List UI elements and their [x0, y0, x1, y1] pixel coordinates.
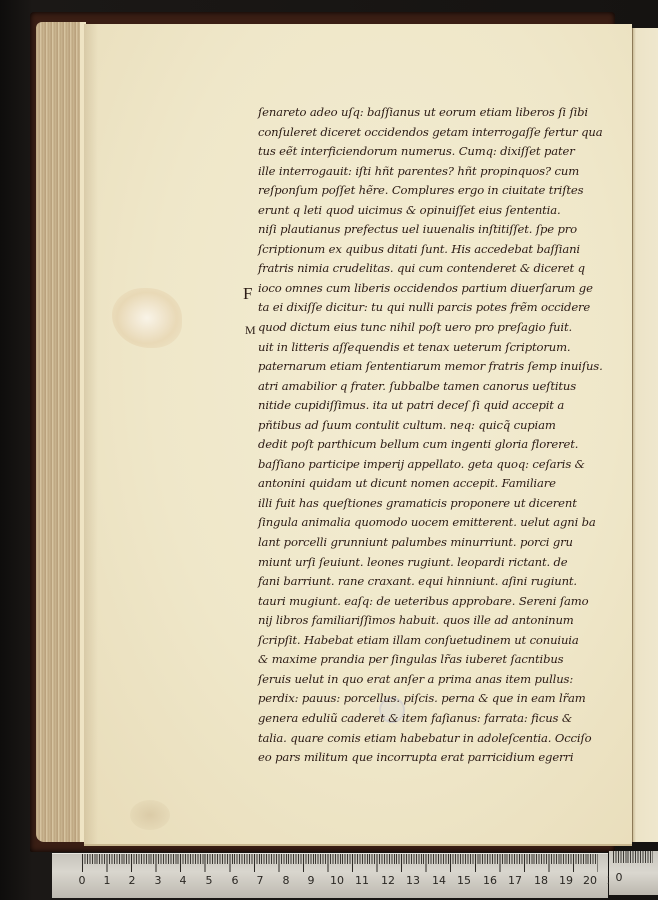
- text-line: fratris nimia crudelitas. qui cum conten…: [258, 259, 576, 279]
- text-line: tauri mugiunt. eaſq: de ueteribus approb…: [258, 592, 576, 612]
- text-line: ſenareto adeo uſq: baſſianus ut eorum et…: [258, 103, 576, 123]
- text-line: quod dictum eius tunc nihil poſt uero pr…: [258, 318, 576, 338]
- ruler-label: 6: [232, 874, 239, 887]
- ruler-label: 11: [355, 874, 369, 887]
- text-line: reſponſum poſſet hẽre. Complures ergo in…: [258, 181, 576, 201]
- text-line: baſſiano participe imperij appellato. ge…: [258, 455, 576, 475]
- text-line: eo pars militum que incorrupta erat parr…: [258, 748, 576, 768]
- ruler-label: 5: [206, 874, 213, 887]
- ruler-major-ticks: [82, 854, 598, 872]
- text-line: talia. quare comis etiam habebatur in ad…: [258, 729, 576, 749]
- ruler-label: 14: [432, 874, 446, 887]
- ruler-label: 17: [508, 874, 522, 887]
- ruler-label: 4: [180, 874, 187, 887]
- text-line: paternarum etiam ſententiarum memor frat…: [258, 357, 576, 377]
- text-line: illi fuit has queſtiones gramaticis prop…: [258, 494, 576, 514]
- ruler-label: 15: [457, 874, 471, 887]
- text-line: niſi plautianus prefectus uel iuuenalis …: [258, 220, 576, 240]
- text-line: ſeruis uelut in quo erat anſer a prima a…: [258, 670, 576, 690]
- text-block: ſenareto adeo uſq: baſſianus ut eorum et…: [258, 103, 576, 768]
- ruler-label: 16: [483, 874, 497, 887]
- ruler-label: 3: [155, 874, 162, 887]
- text-line: antonini quidam ut dicunt nomen accepit.…: [258, 474, 576, 494]
- marginal-initial-f: F: [243, 284, 252, 304]
- next-leaf-edge: [632, 28, 658, 842]
- ruler-label: 7: [257, 874, 264, 887]
- text-line: & maxime prandia per ſingulas lr̃as iube…: [258, 650, 576, 670]
- text-line: lant porcelli grunniunt palumbes minurri…: [258, 533, 576, 553]
- ruler-label: 0: [79, 874, 86, 887]
- text-line: ta ei dixiſſe dicitur: tu qui nulli parc…: [258, 298, 576, 318]
- ruler-label: 10: [330, 874, 344, 887]
- text-line: nij libros familiariſſimos habuit. quos …: [258, 611, 576, 631]
- text-line: tus eẽt interficiendorum numerus. Cumq: …: [258, 142, 576, 162]
- ruler-extension: 0: [609, 851, 658, 895]
- measurement-ruler: 0 1 2 3 4 5 6 7 8 9 10 11 12 13 14 15 16…: [52, 853, 608, 898]
- page-edges-stack: [36, 22, 86, 842]
- text-line: ioco omnes cum liberis occidendos partiu…: [258, 279, 576, 299]
- text-line: fani barriunt. rane craxant. equi hinniu…: [258, 572, 576, 592]
- page-stain: [130, 800, 170, 830]
- text-line: ille interrogauit: iſti hñt parentes? hñ…: [258, 162, 576, 182]
- text-line: ſcripſit. Habebat etiam illam conſuetudi…: [258, 631, 576, 651]
- ruler-label: 13: [406, 874, 420, 887]
- text-line: perdix: pauus: porcellus. piſcis. perna …: [258, 689, 576, 709]
- text-line: dedit poſt parthicum bellum cum ingenti …: [258, 435, 576, 455]
- text-line: ſcriptionum ex quibus ditati ſunt. His a…: [258, 240, 576, 260]
- ruler-ext-label: 0: [616, 871, 623, 884]
- text-line: uit in litteris aſſequendis et tenax uet…: [258, 338, 576, 358]
- ruler-label: 1: [104, 874, 111, 887]
- text-line: nitide cupidiſſimus. ita ut patri deceſ …: [258, 396, 576, 416]
- text-line: pñtibus ad ſuum contulit cultum. neq: qu…: [258, 416, 576, 436]
- ruler-label: 12: [381, 874, 395, 887]
- ruler-ext-ticks: [613, 851, 653, 863]
- ruler-label: 2: [129, 874, 136, 887]
- text-line: miunt urſi ſeuiunt. leones rugiunt. leop…: [258, 553, 576, 573]
- manuscript-scan: F M ſenareto adeo uſq: baſſianus ut eoru…: [0, 0, 658, 900]
- text-line: conſuleret diceret occidendos getam inte…: [258, 123, 576, 143]
- text-line: atri amabilior q frater. ſubbalbe tamen …: [258, 377, 576, 397]
- ruler-label: 18: [534, 874, 548, 887]
- marginal-initial-m: M: [245, 323, 256, 338]
- ruler-label: 20: [583, 874, 597, 887]
- ruler-label: 8: [283, 874, 290, 887]
- text-line: genera eduliũ caderet & item faſianus: f…: [258, 709, 576, 729]
- text-line: ſingula animalia quomodo uocem emitteren…: [258, 513, 576, 533]
- ruler-label: 19: [559, 874, 573, 887]
- ruler-label: 9: [308, 874, 315, 887]
- text-line: erunt q leti quod uicimus & opinuiſſet e…: [258, 201, 576, 221]
